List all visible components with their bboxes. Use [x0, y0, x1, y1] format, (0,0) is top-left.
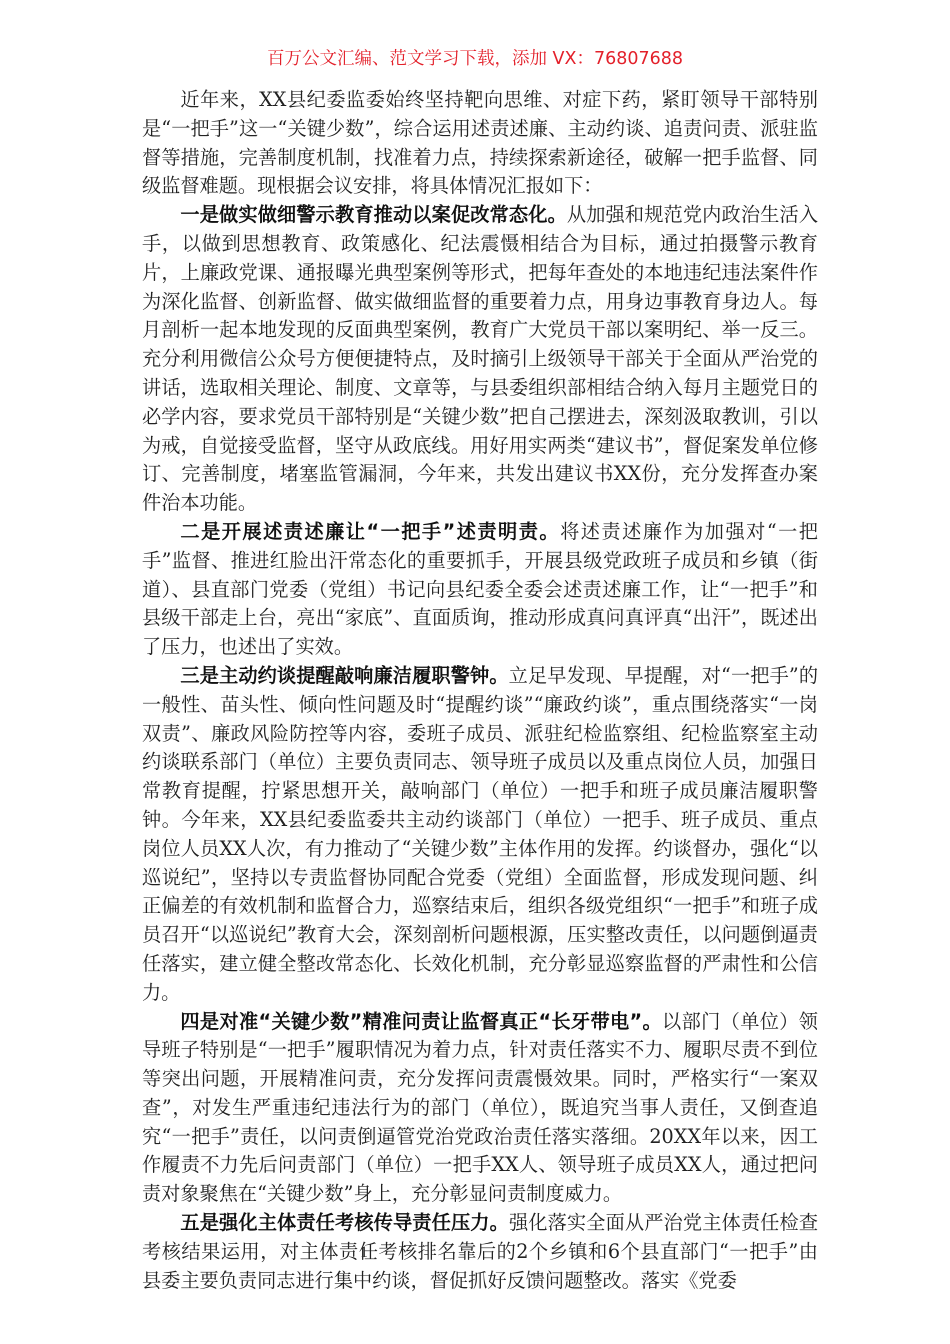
document-page: 百万公文汇编、范文学习下载，添加 VX：76807688 近年来，XX县纪委监委… — [0, 0, 950, 1344]
section-3-paragraph: 三是主动约谈提醒敲响廉洁履职警钟。立足早发现、早提醒，对“一把手”的一般性、苗头… — [142, 662, 818, 1008]
section-1-heading: 一是做实做细警示教育推动以案促改常态化。 — [180, 203, 567, 226]
section-1-paragraph: 一是做实做细警示教育推动以案促改常态化。从加强和规范党内政治生活入手，以做到思想… — [142, 201, 818, 518]
section-4-body: 以部门（单位）领导班子特别是“一把手”履职情况为着力点，针对责任落实不力、履职尽… — [142, 1010, 818, 1206]
page-number: 1 — [357, 1244, 371, 1262]
promo-banner: 百万公文汇编、范文学习下载，添加 VX：76807688 — [0, 46, 950, 72]
section-2-heading: 二是开展述责述廉让“一把手”述责明责。 — [180, 520, 560, 543]
section-4-heading: 四是对准“关键少数”精准问责让监督真正“长牙带电”。 — [180, 1010, 662, 1033]
section-5-heading: 五是强化主体责任考核传导责任压力。 — [180, 1211, 509, 1234]
section-3-body: 立足早发现、早提醒，对“一把手”的一般性、苗头性、倾向性问题及时“提醒约谈”“廉… — [142, 664, 818, 1004]
document-body: 近年来，XX县纪委监委始终坚持靶向思维、对症下药，紧盯领导干部特别是“一把手”这… — [142, 86, 818, 1295]
intro-paragraph: 近年来，XX县纪委监委始终坚持靶向思维、对症下药，紧盯领导干部特别是“一把手”这… — [142, 86, 818, 201]
section-3-heading: 三是主动约谈提醒敲响廉洁履职警钟。 — [180, 664, 508, 687]
section-5-paragraph: 五是强化主体责任考核传导责任压力。强化落实全面从严治党主体责任检查考核结果运用，… — [142, 1209, 818, 1295]
section-4-paragraph: 四是对准“关键少数”精准问责让监督真正“长牙带电”。以部门（单位）领导班子特别是… — [142, 1008, 818, 1210]
section-1-body: 从加强和规范党内政治生活入手，以做到思想教育、政策感化、纪法震慑相结合为目标，通… — [142, 203, 818, 514]
section-2-paragraph: 二是开展述责述廉让“一把手”述责明责。将述责述廉作为加强对“一把手”监督、推进红… — [142, 518, 818, 662]
